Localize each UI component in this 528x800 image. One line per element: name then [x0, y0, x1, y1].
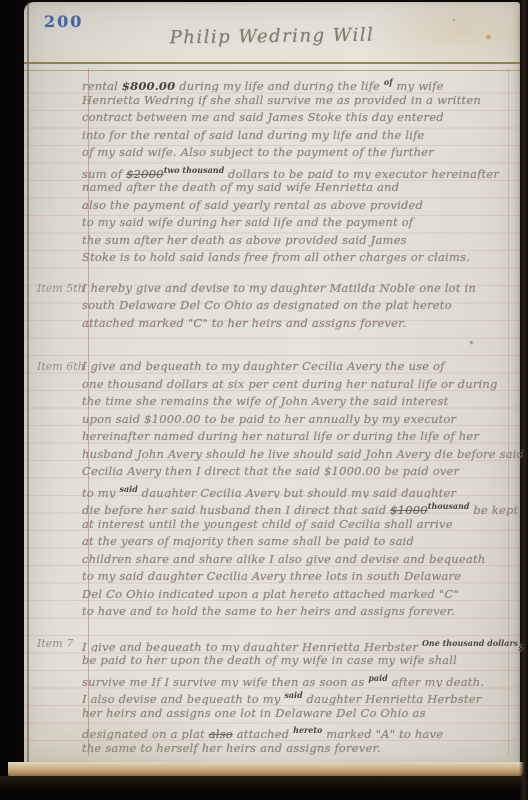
interlined-insertion: thousand: [428, 501, 470, 511]
interlined-insertion: One thousand dollars: [422, 638, 518, 648]
interlined-insertion: said: [284, 690, 302, 700]
struck-out-text: $2000: [126, 166, 164, 179]
manuscript-text: attached: [233, 727, 293, 740]
manuscript-line: of my said wife. Also subject to the pay…: [82, 144, 510, 162]
manuscript-text: husband John Avery should he live should…: [82, 447, 524, 461]
manuscript-line: into for the rental of said land during …: [82, 127, 510, 145]
manuscript-line: I give and bequeath to my daughter Henri…: [82, 635, 528, 653]
manuscript-text: her heirs and assigns one lot in Delawar…: [82, 706, 426, 720]
manuscript-line: to my said wife during her said life and…: [82, 214, 510, 232]
manuscript-line: south Delaware Del Co Ohio as designated…: [82, 297, 510, 315]
manuscript-text: during my life and during the life: [175, 79, 384, 92]
manuscript-line: the same to herself her heirs and assign…: [82, 740, 528, 758]
manuscript-text: Cecilia Avery then I direct that the sai…: [82, 464, 459, 478]
manuscript-line: to my said daughter Cecilia Avery but sh…: [82, 481, 524, 499]
paragraph-text: rental $800.00 during my life and during…: [82, 74, 520, 267]
manuscript-text: Henrietta Wedring if she shall survive m…: [82, 93, 481, 107]
manuscript-text: sum of: [82, 166, 126, 179]
manuscript-line: be paid to her upon the death of my wife…: [82, 652, 528, 670]
manuscript-line: survive me If I survive my wife then as …: [82, 670, 528, 688]
manuscript-line: upon said $1000.00 to be paid to her ann…: [82, 411, 524, 429]
manuscript-line: to my said daughter Cecilia Avery three …: [82, 568, 524, 586]
interlined-insertion: paid: [368, 673, 387, 683]
manuscript-text: of my said wife. Also subject to the pay…: [82, 145, 434, 159]
margin-label: Item 7: [24, 635, 82, 758]
manuscript-text: my wife: [393, 79, 444, 92]
manuscript-line: one thousand dollars at six per cent dur…: [82, 376, 524, 394]
paragraph-text: I give and bequeath to my daughter Cecil…: [82, 358, 528, 621]
manuscript-text: Del Co Ohio indicated upon a plat hereto…: [82, 587, 459, 601]
manuscript-line: the time she remains the wife of John Av…: [82, 393, 524, 411]
manuscript-line: designated on a plat also attached heret…: [82, 722, 528, 740]
paragraph-continuation: rental $800.00 during my life and during…: [24, 74, 520, 267]
manuscript-line: contract between me and said James Stoke…: [82, 109, 510, 127]
manuscript-text: be kept: [470, 503, 519, 516]
margin-label: Item 5th: [24, 280, 82, 333]
paragraph-item-6th: Item 6thI give and bequeath to my daught…: [24, 358, 520, 621]
book-bottom-shadow: [0, 776, 528, 800]
manuscript-text: daughter Cecilia Avery but should my sai…: [138, 485, 456, 498]
page-title: Philip Wedring Will: [24, 23, 520, 51]
manuscript-text: named after the death of my said wife He…: [82, 180, 399, 194]
manuscript-line: to have and to hold the same to her heir…: [82, 603, 524, 621]
interlined-insertion: hereto: [293, 725, 322, 735]
manuscript-text: the sum after her death as above provide…: [82, 233, 407, 247]
paper-stain: [452, 18, 456, 22]
manuscript-line: the sum after her death as above provide…: [82, 232, 510, 250]
manuscript-text: upon said $1000.00 to be paid to her ann…: [82, 412, 456, 426]
ink-blot-text: $800.00: [122, 79, 175, 92]
manuscript-line: Henrietta Wedring if she shall survive m…: [82, 92, 510, 110]
paragraph-text: I give and bequeath to my daughter Henri…: [82, 635, 528, 758]
manuscript-line: sum of $2000two thousand dollars to be p…: [82, 162, 510, 180]
book-right-edge: [519, 0, 528, 800]
manuscript-line: also the payment of said yearly rental a…: [82, 197, 510, 215]
manuscript-text: I give and bequeath to my daughter Cecil…: [82, 359, 445, 373]
manuscript-text: the time she remains the wife of John Av…: [82, 394, 448, 408]
manuscript-text: one thousand dollars at six per cent dur…: [82, 377, 498, 391]
manuscript-text: survive me If I survive my wife then as …: [82, 674, 368, 687]
manuscript-text: to have and to hold the same to her heir…: [82, 604, 455, 618]
manuscript-text: I hereby give and devise to my daughter …: [82, 281, 476, 295]
manuscript-text: I give and bequeath to my daughter Henri…: [82, 639, 422, 652]
manuscript-text: to my said wife during her said life and…: [82, 215, 413, 229]
manuscript: rental $800.00 during my life and during…: [24, 74, 520, 757]
manuscript-text: rental: [82, 79, 122, 92]
manuscript-line: Cecilia Avery then I direct that the sai…: [82, 463, 524, 481]
manuscript-text: at interest until the youngest child of …: [82, 517, 453, 531]
manuscript-text: daughter Henrietta Herbster: [303, 692, 482, 705]
manuscript-text: designated on a plat: [82, 727, 209, 740]
manuscript-line: attached marked "C" to her heirs and ass…: [82, 315, 510, 333]
manuscript-text: the same to herself her heirs and assign…: [82, 741, 381, 755]
paragraph-text: I hereby give and devise to my daughter …: [82, 280, 520, 333]
manuscript-text: contract between me and said James Stoke…: [82, 110, 444, 124]
paragraph-item-7: Item 7I give and bequeath to my daughter…: [24, 635, 520, 758]
struck-out-text: $1000: [390, 503, 428, 516]
margin-label: Item 6th: [24, 358, 82, 621]
manuscript-text: to my: [82, 485, 119, 498]
manuscript-text: children share and share alike I also gi…: [82, 552, 485, 566]
manuscript-line: children share and share alike I also gi…: [82, 551, 524, 569]
manuscript-line: I also devise and bequeath to my said da…: [82, 687, 528, 705]
manuscript-line: rental $800.00 during my life and during…: [82, 74, 510, 92]
book-photo: 200 Philip Wedring Will rental $800.00 d…: [0, 0, 528, 800]
manuscript-text: be paid to her upon the death of my wife…: [82, 653, 457, 667]
manuscript-line: Stoke is to hold said lands free from al…: [82, 249, 510, 267]
manuscript-text: into for the rental of said land during …: [82, 128, 425, 142]
ledger-page: 200 Philip Wedring Will rental $800.00 d…: [24, 2, 520, 764]
interlined-insertion: two thousand: [164, 165, 224, 175]
paragraph-item-5th: Item 5thI hereby give and devise to my d…: [24, 280, 520, 333]
manuscript-text: marked "A" to have: [322, 727, 443, 740]
manuscript-line: Del Co Ohio indicated upon a plat hereto…: [82, 586, 524, 604]
interlined-insertion: said: [119, 484, 137, 494]
paper-stain: [485, 34, 492, 40]
manuscript-text: attached marked "C" to her heirs and ass…: [82, 316, 406, 330]
manuscript-line: I give and bequeath to my daughter Cecil…: [82, 358, 524, 376]
manuscript-text: at the years of majority then same shall…: [82, 534, 414, 548]
manuscript-text: Stoke is to hold said lands free from al…: [82, 250, 470, 264]
struck-out-text: also: [209, 727, 233, 740]
manuscript-line: at the years of majority then same shall…: [82, 533, 524, 551]
manuscript-line: her heirs and assigns one lot in Delawar…: [82, 705, 528, 723]
manuscript-text: dollars to be paid to my executor herein…: [224, 166, 499, 179]
margin-label: [24, 74, 82, 267]
manuscript-text: south Delaware Del Co Ohio as designated…: [82, 298, 452, 312]
manuscript-text: after my death.: [388, 674, 484, 687]
manuscript-text: I also devise and bequeath to my: [82, 692, 284, 705]
manuscript-text: also the payment of said yearly rental a…: [82, 198, 423, 212]
manuscript-text: to my said daughter Cecilia Avery three …: [82, 569, 461, 583]
manuscript-line: at interest until the youngest child of …: [82, 516, 524, 534]
manuscript-line: hereinafter named during her natural lif…: [82, 428, 524, 446]
manuscript-line: die before her said husband then I direc…: [82, 498, 524, 516]
manuscript-text: hereinafter named during her natural lif…: [82, 429, 479, 443]
manuscript-line: named after the death of my said wife He…: [82, 179, 510, 197]
manuscript-line: husband John Avery should he live should…: [82, 446, 524, 464]
manuscript-text: die before her said husband then I direc…: [82, 503, 390, 516]
manuscript-line: I hereby give and devise to my daughter …: [82, 280, 510, 298]
header-rule: [24, 62, 520, 71]
interlined-insertion: of: [384, 77, 393, 87]
